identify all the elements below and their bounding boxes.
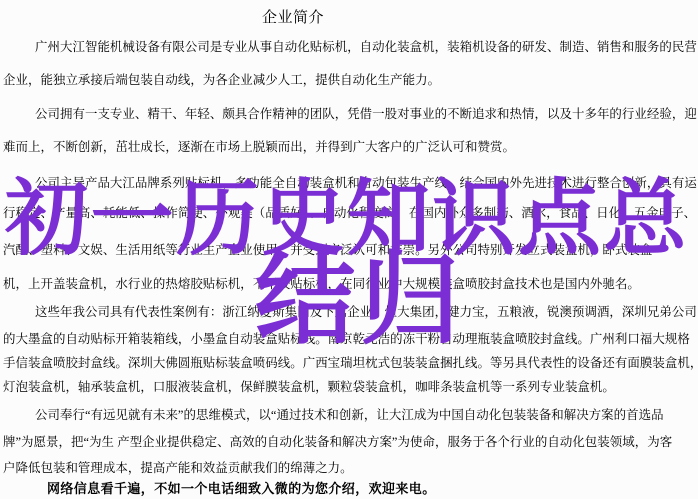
text-line: 公司拥有一支专业、精干、年轻、颇具合作精神的团队，凭借一股对事业的不断追求和热情…	[35, 107, 697, 123]
text-line: 企业，能独立承接后端包装自动线，为各企业减少人工，提供自动化生产能力。	[3, 73, 440, 89]
text-line: 难而上，不断创新，茁壮成长，逐渐在市场上脱颖而出，并得到广大客户的广泛认可和赞赏…	[3, 140, 515, 156]
text-line: 牌”为愿景，把“为生 产型企业提供稳定、高效的自动化装备和解决方案”为使命，服务…	[3, 435, 672, 451]
text-line: 广州大江智能机械设备有限公司是专业从事自动化贴标机，自动化装盒机，装箱机设备的研…	[35, 40, 697, 56]
contact-call-to-action-line: 网络信息看千遍，不如一个电话细致入微的为您介绍，欢迎来电。	[47, 481, 436, 497]
text-line: 灯泡装盒机，轴承装盒机，口服液装盒机，保鲜膜装盒机，颗粒袋装盒机，咖啡条装盒机等…	[3, 380, 615, 396]
text-line: 户降低包装和管理成本，提高产能和效益贡献我们的绵薄之力。	[3, 461, 353, 477]
watermark-line-2: 结归	[255, 250, 465, 350]
text-line: 公司奉行“有远见就有未来”的思维模式，以“通过技术和创新，让大江成为中国自动化包…	[35, 408, 664, 424]
document-page: 企业简介 广州大江智能机械设备有限公司是专业从事自动化贴标机，自动化装盒机，装箱…	[0, 0, 698, 499]
document-title: 企业简介	[262, 6, 324, 27]
text-line: 手信装盒喷胶封盒线。深圳大佛圆瓶贴标装盒喷码线。广西宝瑞坦枕式包装装盒捆扎线。等…	[3, 356, 698, 372]
